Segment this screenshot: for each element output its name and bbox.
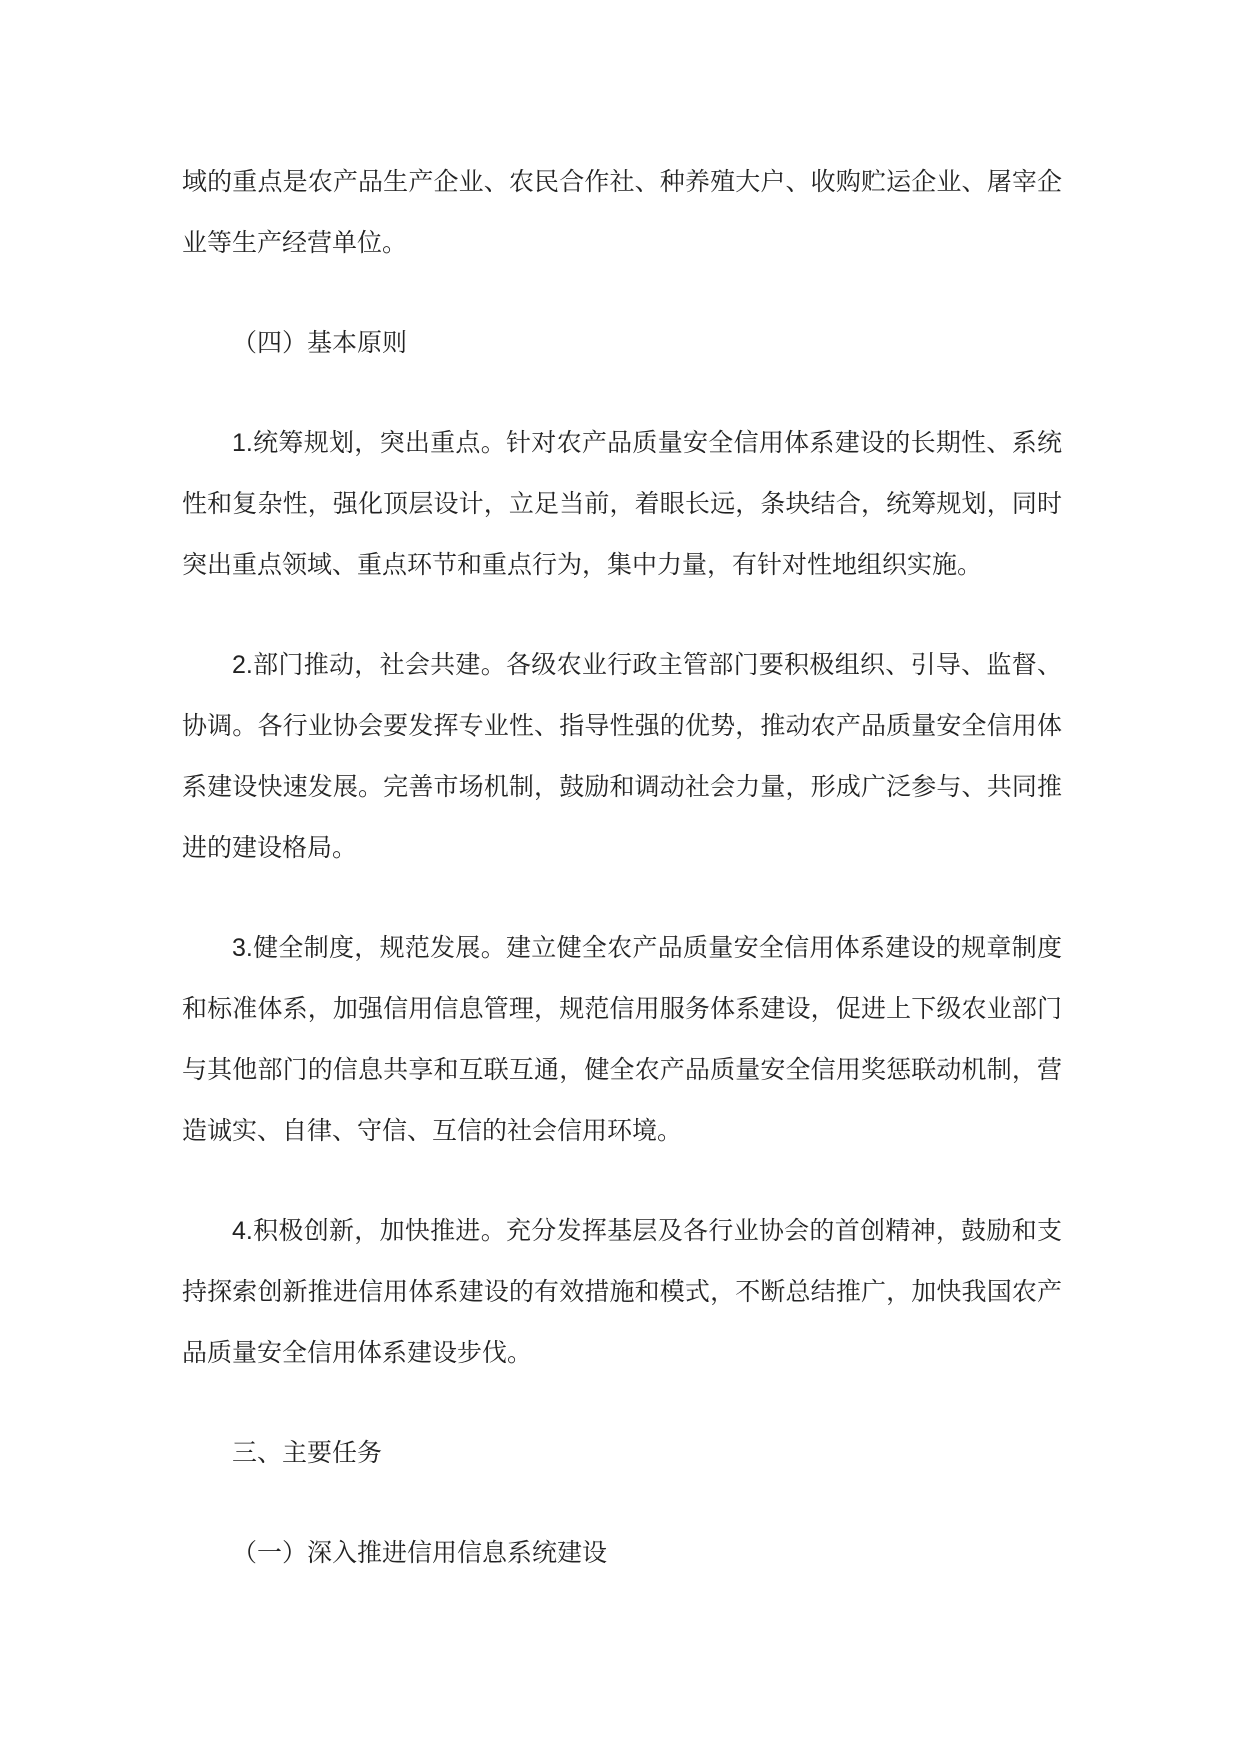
text-line: 品质量安全信用体系建设步伐。 (182, 1323, 1062, 1384)
heading-line: 三、主要任务 (182, 1423, 1062, 1484)
para-principle-3: 3.健全制度，规范发展。建立健全农产品质量安全信用体系建设的规章制度 和标准体系… (182, 918, 1062, 1162)
heading-basic-principles: （四）基本原则 (182, 313, 1062, 374)
text-line: 2.部门推动，社会共建。各级农业行政主管部门要积极组织、引导、监督、 (182, 635, 1062, 696)
text-line: 与其他部门的信息共享和互联互通，健全农产品质量安全信用奖惩联动机制，营 (182, 1040, 1062, 1101)
text-line: 性和复杂性，强化顶层设计，立足当前，着眼长远，条块结合，统筹规划，同时 (182, 474, 1062, 535)
heading-line: （一）深入推进信用信息系统建设 (182, 1523, 1062, 1584)
text-line: 造诚实、自律、守信、互信的社会信用环境。 (182, 1101, 1062, 1162)
text-line: 系建设快速发展。完善市场机制，鼓励和调动社会力量，形成广泛参与、共同推 (182, 757, 1062, 818)
text-line: 3.健全制度，规范发展。建立健全农产品质量安全信用体系建设的规章制度 (182, 918, 1062, 979)
para-principle-1: 1.统筹规划，突出重点。针对农产品质量安全信用体系建设的长期性、系统 性和复杂性… (182, 413, 1062, 596)
document-page: 域的重点是农产品生产企业、农民合作社、种养殖大户、收购贮运企业、屠宰企 业等生产… (0, 0, 1241, 1754)
para-principle-2: 2.部门推动，社会共建。各级农业行政主管部门要积极组织、引导、监督、 协调。各行… (182, 635, 1062, 879)
text-line: 持探索创新推进信用体系建设的有效措施和模式，不断总结推广，加快我国农产 (182, 1262, 1062, 1323)
para-continuation: 域的重点是农产品生产企业、农民合作社、种养殖大户、收购贮运企业、屠宰企 业等生产… (182, 152, 1062, 274)
text-line: 1.统筹规划，突出重点。针对农产品质量安全信用体系建设的长期性、系统 (182, 413, 1062, 474)
heading-line: （四）基本原则 (182, 313, 1062, 374)
text-line: 域的重点是农产品生产企业、农民合作社、种养殖大户、收购贮运企业、屠宰企 (182, 152, 1062, 213)
document-content: 域的重点是农产品生产企业、农民合作社、种养殖大户、收购贮运企业、屠宰企 业等生产… (0, 0, 1241, 1584)
text-line: 进的建设格局。 (182, 818, 1062, 879)
text-line: 和标准体系，加强信用信息管理，规范信用服务体系建设，促进上下级农业部门 (182, 979, 1062, 1040)
para-principle-4: 4.积极创新，加快推进。充分发挥基层及各行业协会的首创精神，鼓励和支 持探索创新… (182, 1201, 1062, 1384)
text-line: 协调。各行业协会要发挥专业性、指导性强的优势，推动农产品质量安全信用体 (182, 696, 1062, 757)
text-line: 4.积极创新，加快推进。充分发挥基层及各行业协会的首创精神，鼓励和支 (182, 1201, 1062, 1262)
text-line: 突出重点领域、重点环节和重点行为，集中力量，有针对性地组织实施。 (182, 535, 1062, 596)
heading-task-1-credit-info-system: （一）深入推进信用信息系统建设 (182, 1523, 1062, 1584)
heading-main-tasks: 三、主要任务 (182, 1423, 1062, 1484)
text-line: 业等生产经营单位。 (182, 213, 1062, 274)
